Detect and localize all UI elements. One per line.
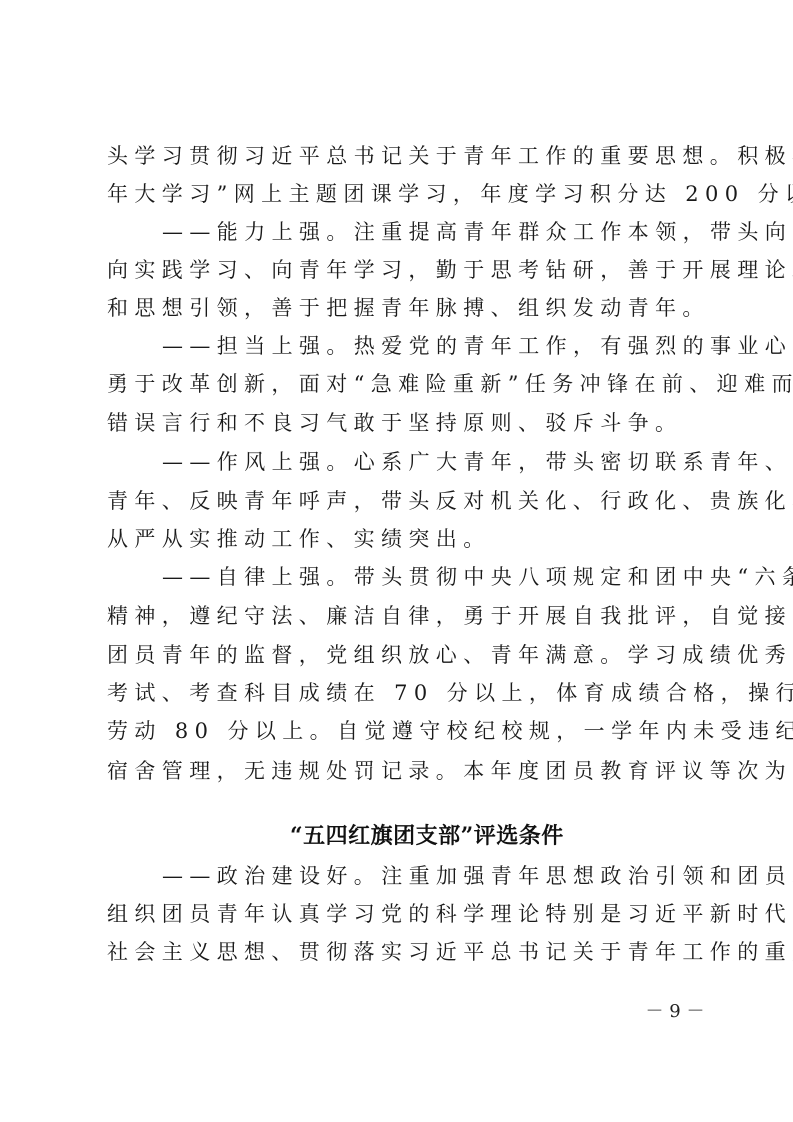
section-heading: “五四红旗团支部”评选条件 <box>290 820 560 852</box>
text-line: ——自律上强。带头贯彻中央八项规定和团中央“六条规定” <box>162 562 752 592</box>
text-line: 考试、考查科目成绩在 70 分以上，体育成绩合格，操行 90 分以上， <box>107 678 697 708</box>
text-line: 组织团员青年认真学习党的科学理论特别是习近平新时代中国特色 <box>107 899 697 929</box>
text-line: 从严从实推动工作、实绩突出。 <box>107 524 697 554</box>
text-line: 宿舍管理，无违规处罚记录。本年度团员教育评议等次为“优秀”。 <box>107 756 697 786</box>
text-line: 精神，遵纪守法、廉洁自律，勇于开展自我批评，自觉接受组织和 <box>107 601 697 631</box>
text-line: 和思想引领，善于把握青年脉搏、组织发动青年。 <box>107 293 697 323</box>
text-line: ——政治建设好。注重加强青年思想政治引领和团员政治教育， <box>162 861 752 891</box>
text-line: ——作风上强。心系广大青年，带头密切联系青年、热心服务 <box>162 447 752 477</box>
text-line: 勇于改革创新，面对“急难险重新”任务冲锋在前、迎难而上，对 <box>107 369 697 399</box>
text-line: 向实践学习、向青年学习，勤于思考钻研，善于开展理论政策宣讲 <box>107 255 697 285</box>
text-line: 劳动 80 分以上。自觉遵守校纪校规，一学年内未受违纪处分，服从 <box>107 716 697 746</box>
page-number: － 9 － <box>640 1000 710 1024</box>
document-page: 头学习贯彻习近平总书记关于青年工作的重要思想。积极参加“青 年大学习”网上主题团… <box>0 0 793 1122</box>
text-line: 错误言行和不良习气敢于坚持原则、驳斥斗争。 <box>107 408 697 438</box>
text-line: 青年、反映青年呼声，带头反对机关化、行政化、贵族化、娱乐化， <box>107 486 697 516</box>
text-line: ——担当上强。热爱党的青年工作，有强烈的事业心和责任感， <box>162 331 752 361</box>
text-line: 年大学习”网上主题团课学习，年度学习积分达 200 分以上。 <box>107 179 697 209</box>
text-line: 团员青年的监督，党组织放心、青年满意。学习成绩优秀，各单科 <box>107 640 697 670</box>
text-line: 社会主义思想、贯彻落实习近平总书记关于青年工作的重要思想， <box>107 937 697 967</box>
text-line: 头学习贯彻习近平总书记关于青年工作的重要思想。积极参加“青 <box>107 141 697 171</box>
text-line: ——能力上强。注重提高青年群众工作本领，带头向书本学习、 <box>162 217 752 247</box>
